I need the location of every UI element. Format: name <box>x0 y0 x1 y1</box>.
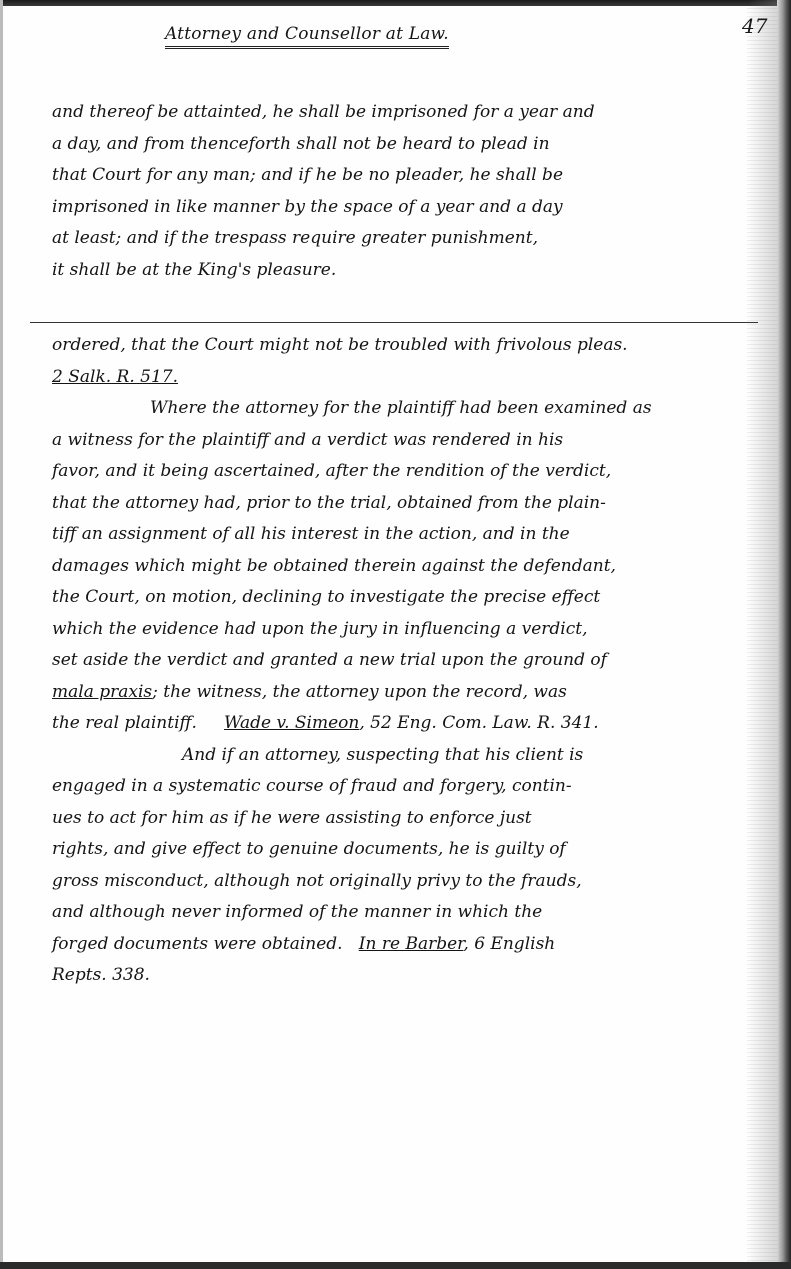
text-line: imprisoned in like manner by the space o… <box>52 192 762 224</box>
text-line: a day, and from thenceforth shall not be… <box>52 129 762 161</box>
text-fragment: the real plaintiff. <box>52 713 197 733</box>
text-line: Where the attorney for the plaintiff had… <box>52 393 762 425</box>
text-line: tiff an assignment of all his interest i… <box>52 519 762 551</box>
text-line: forged documents were obtained. In re Ba… <box>52 929 762 961</box>
text-line: the Court, on motion, declining to inves… <box>52 582 762 614</box>
case-name-barber: In re Barber <box>359 934 464 954</box>
text-line: mala praxis; the witness, the attorney u… <box>52 677 762 709</box>
text-fragment: ; the witness, the attorney upon the rec… <box>152 682 567 702</box>
top-paragraph: and thereof be attainted, he shall be im… <box>52 97 762 286</box>
text-line: at least; and if the trespass require gr… <box>52 223 762 255</box>
latin-term: mala praxis <box>52 682 152 702</box>
scan-left-edge <box>0 0 3 1269</box>
section-divider <box>30 322 758 323</box>
text-line: ues to act for him as if he were assisti… <box>52 803 762 835</box>
text-fragment: forged documents were obtained. <box>52 934 343 954</box>
text-line: And if an attorney, suspecting that his … <box>52 740 762 772</box>
scan-bottom-edge <box>0 1262 791 1269</box>
page-header-title: Attorney and Counsellor at Law. <box>165 24 449 49</box>
text-line: the real plaintiff. Wade v. Simeon, 52 E… <box>52 708 762 740</box>
page-number: 47 <box>742 14 767 38</box>
text-line: favor, and it being ascertained, after t… <box>52 456 762 488</box>
scanned-page: Attorney and Counsellor at Law. 47 and t… <box>0 0 791 1269</box>
text-line: and thereof be attainted, he shall be im… <box>52 97 762 129</box>
text-line: a witness for the plaintiff and a verdic… <box>52 425 762 457</box>
case-citation: , 6 English <box>463 934 555 954</box>
text-line: Repts. 338. <box>52 960 762 992</box>
citation-salkeld: 2 Salk. R. 517. <box>52 367 178 387</box>
text-line: and although never informed of the manne… <box>52 897 762 929</box>
scan-top-edge <box>0 0 791 6</box>
text-line: damages which might be obtained therein … <box>52 551 762 583</box>
text-line: set aside the verdict and granted a new … <box>52 645 762 677</box>
citation-line: 2 Salk. R. 517. <box>52 362 762 394</box>
text-line: which the evidence had upon the jury in … <box>52 614 762 646</box>
text-line: that Court for any man; and if he be no … <box>52 160 762 192</box>
case-citation: , 52 Eng. Com. Law. R. 341. <box>359 713 598 733</box>
text-line: it shall be at the King's pleasure. <box>52 255 762 287</box>
text-line: gross misconduct, although not originall… <box>52 866 762 898</box>
case-name-wade: Wade v. Simeon <box>224 713 359 733</box>
text-line: rights, and give effect to genuine docum… <box>52 834 762 866</box>
text-line: engaged in a systematic course of fraud … <box>52 771 762 803</box>
bottom-section: ordered, that the Court might not be tro… <box>52 330 762 992</box>
text-line: ordered, that the Court might not be tro… <box>52 330 762 362</box>
text-line: that the attorney had, prior to the tria… <box>52 488 762 520</box>
scan-right-edge <box>777 0 791 1269</box>
